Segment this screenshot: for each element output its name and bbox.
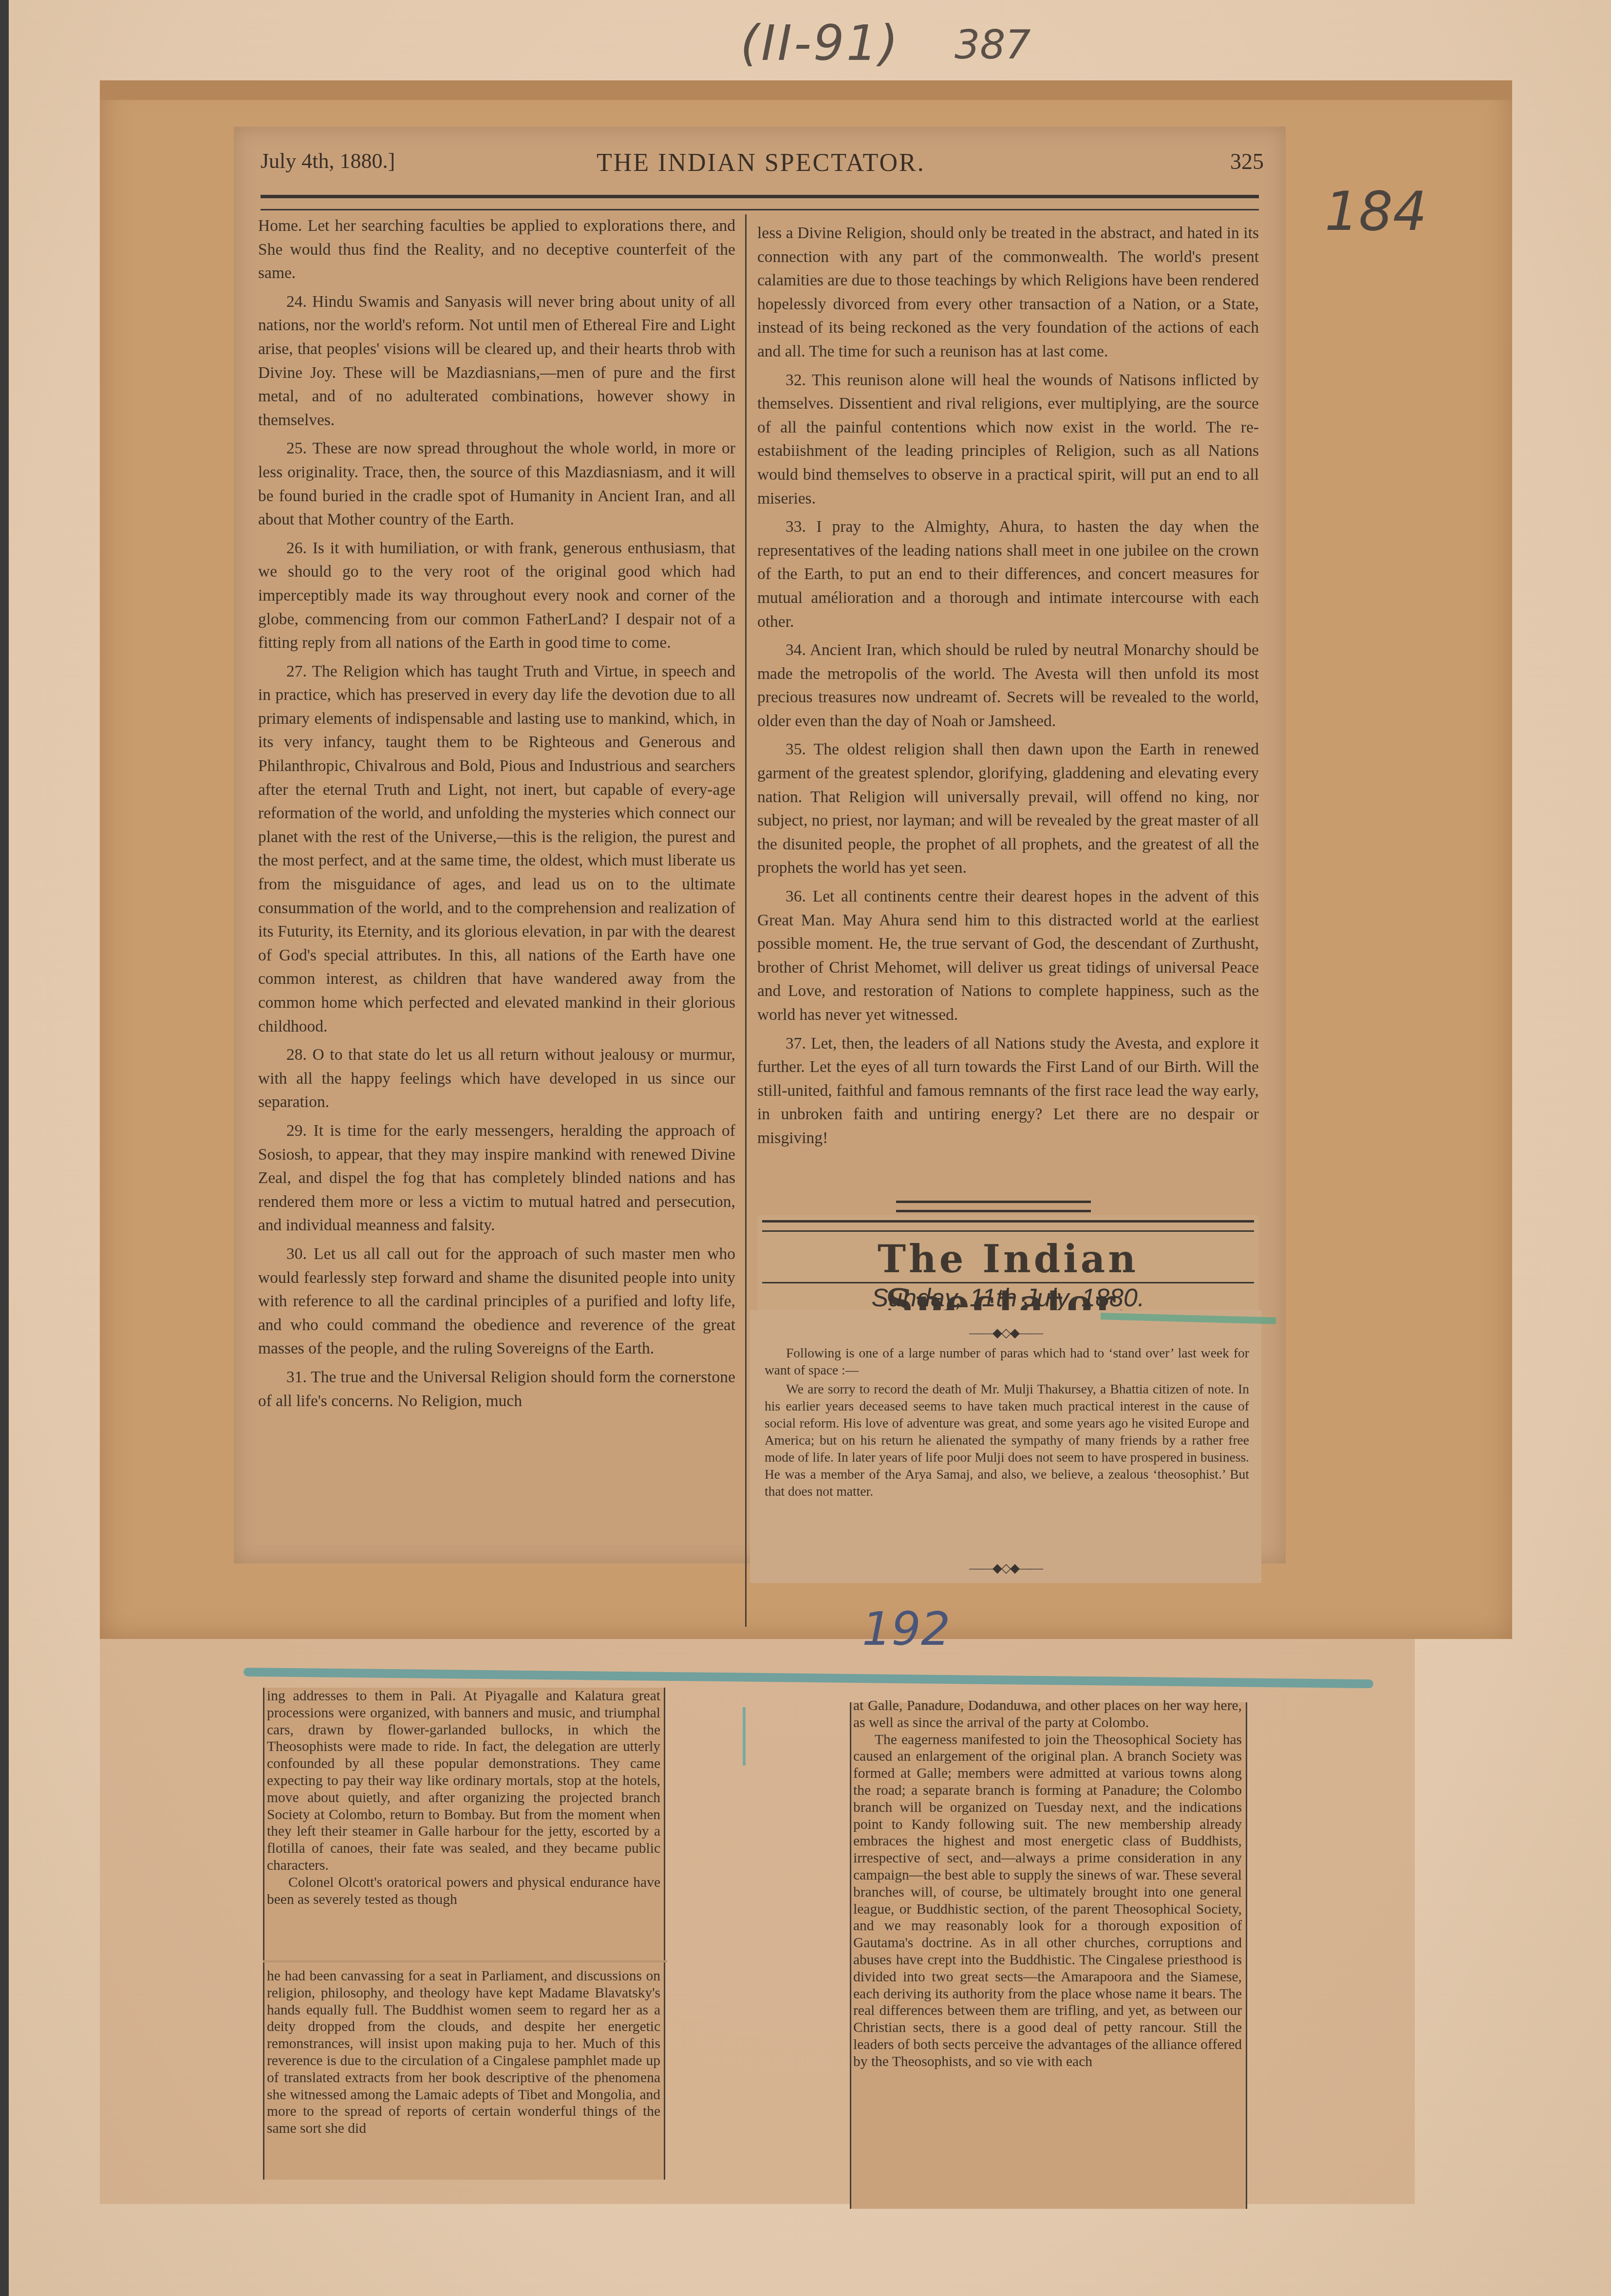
paragraph: 34. Ancient Iran, which should be ruled … [757, 639, 1259, 733]
paragraph: he had been canvassing for a seat in Par… [267, 1968, 660, 2137]
note-intro: Following is one of a large number of pa… [765, 1344, 1249, 1378]
newspaper-title: THE INDIAN SPECTATOR. [597, 149, 925, 177]
article-left-column: Home. Let her searching faculties be app… [258, 214, 735, 1418]
masthead-rule [762, 1220, 1254, 1232]
paragraph: 26. Is it with humiliation, or with fran… [258, 537, 735, 655]
paragraph: The eagerness manifested to join the The… [853, 1731, 1242, 2070]
paragraph: 36. Let all continents centre their dear… [757, 885, 1259, 1027]
page-number: 325 [1230, 149, 1264, 174]
paragraph: 37. Let, then, the leaders of all Nation… [757, 1032, 1259, 1150]
ornament-divider: ——◆◇◆—— [750, 1326, 1261, 1340]
obituary-clipping: ——◆◇◆—— Following is one of a large numb… [750, 1310, 1261, 1583]
clipping-left-top-text: ing addresses to them in Pali. At Piyaga… [267, 1688, 660, 1908]
page-number-annotation: 192 [862, 1602, 950, 1656]
paragraph: less a Divine Religion, should only be t… [757, 222, 1259, 364]
paragraph: 35. The oldest religion shall then dawn … [757, 738, 1259, 880]
article-end-rule [896, 1201, 1091, 1212]
clipping-left-bottom-text: he had been canvassing for a seat in Par… [267, 1968, 660, 2137]
paragraph: ing addresses to them in Pali. At Piyaga… [267, 1688, 660, 1874]
article-right-column: less a Divine Religion, should only be t… [757, 222, 1259, 1155]
paragraph: 24. Hindu Swamis and Sanyasis will never… [258, 290, 735, 433]
blue-pencil-tick [743, 1707, 746, 1766]
paragraph: 31. The true and the Universal Religion … [258, 1366, 735, 1413]
ornament-divider: ——◆◇◆—— [750, 1561, 1261, 1576]
masthead-clipping: The Indian Spectator. Sunday, 11th July,… [757, 1215, 1259, 1322]
running-head: July 4th, 1880.] THE INDIAN SPECTATOR. 3… [261, 149, 1264, 188]
folio-number-annotation: 387 [955, 22, 1031, 68]
issue-date: July 4th, 1880.] [261, 149, 395, 173]
paragraph: 27. The Religion which has taught Truth … [258, 660, 735, 1039]
note-body: We are sorry to record the death of Mr. … [765, 1380, 1249, 1500]
paragraph: 28. O to that state do let us all return… [258, 1043, 735, 1114]
obituary-text: Following is one of a large number of pa… [765, 1344, 1249, 1502]
masthead-date: Sunday, 11th July, 1880. [757, 1283, 1259, 1313]
paragraph: Home. Let her searching faculties be app… [258, 214, 735, 285]
column-divider [745, 214, 747, 1627]
paragraph: 32. This reunison alone will heal the wo… [757, 369, 1259, 511]
archive-ref-annotation: (II-91) [740, 15, 900, 72]
paragraph: 25. These are now spread throughout the … [258, 437, 735, 531]
scan-edge [0, 0, 9, 2296]
paragraph: 33. I pray to the Almighty, Ahura, to ha… [757, 515, 1259, 634]
clipping-seam [263, 1960, 667, 1962]
clipping-right-text: at Galle, Panadure, Dodanduwa, and other… [853, 1697, 1242, 2070]
paragraph: 30. Let us all call out for the approach… [258, 1242, 735, 1361]
paragraph: at Galle, Panadure, Dodanduwa, and other… [853, 1697, 1242, 1731]
header-rule [261, 195, 1259, 210]
margin-number-annotation: 184 [1325, 180, 1427, 243]
paragraph: Colonel Olcott's oratorical powers and p… [267, 1874, 660, 1908]
tape-strip [100, 80, 1512, 100]
paragraph: 29. It is time for the early messengers,… [258, 1119, 735, 1238]
